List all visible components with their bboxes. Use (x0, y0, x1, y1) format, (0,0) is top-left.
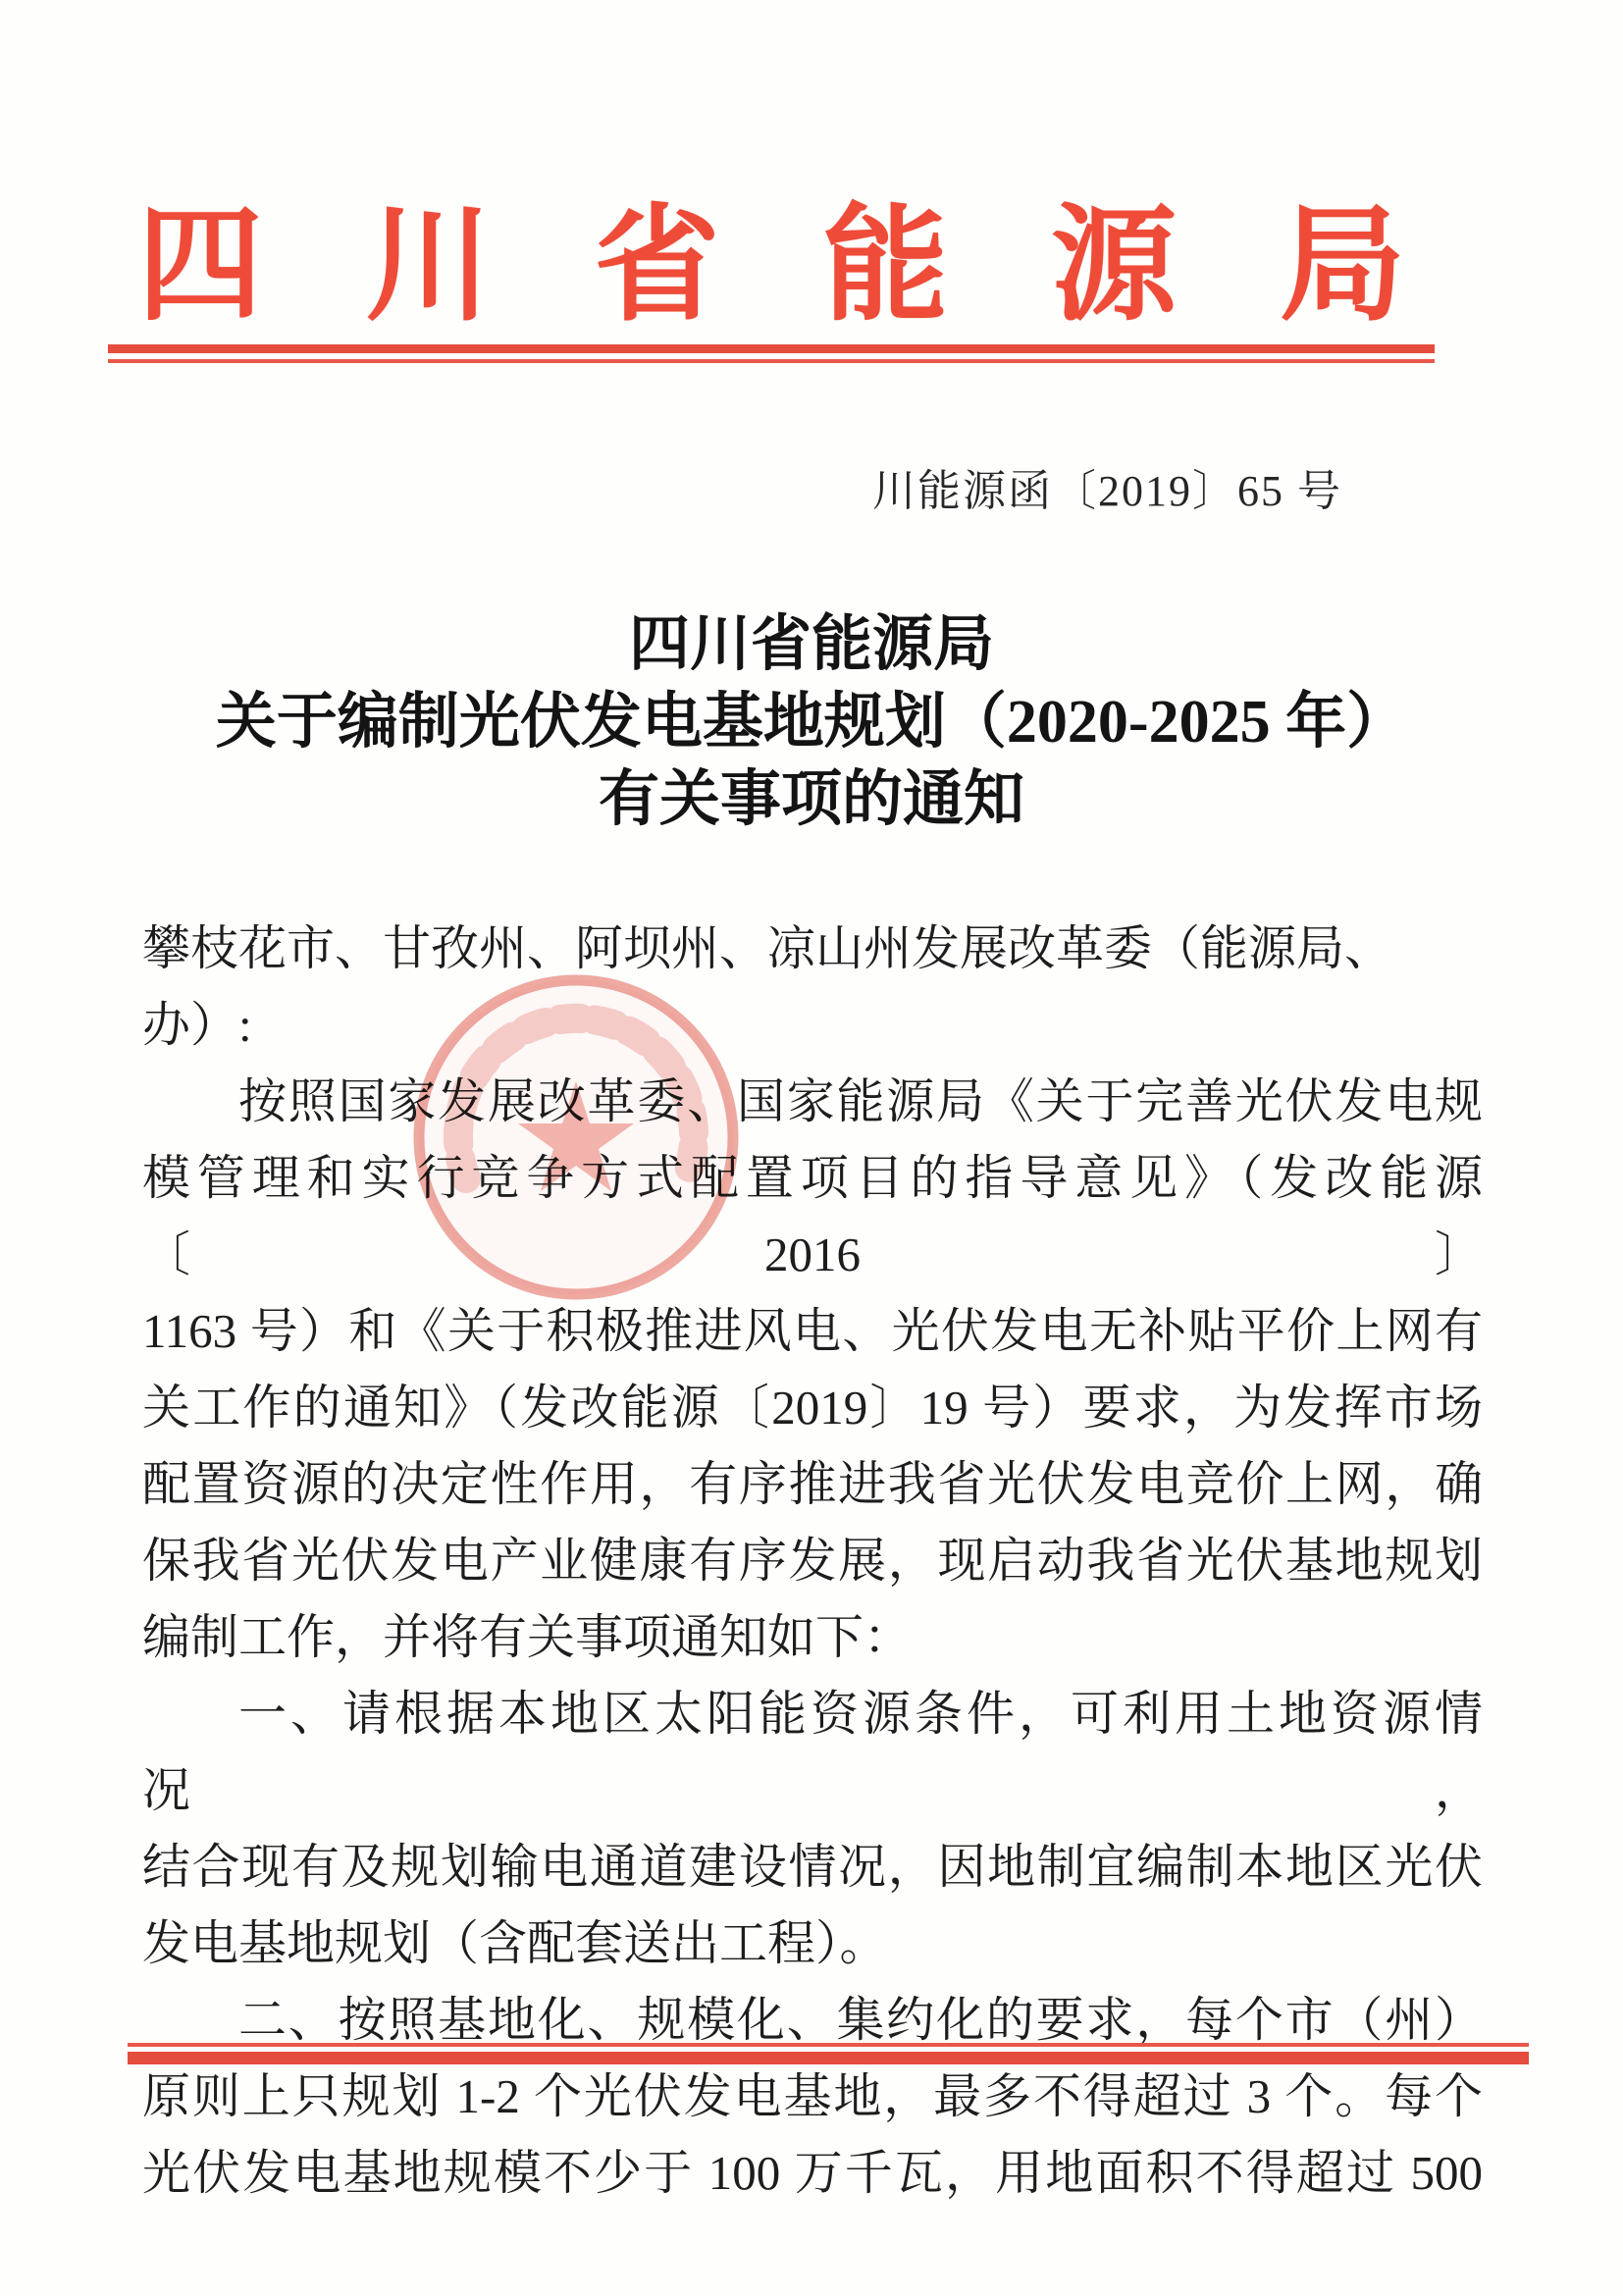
salutation-line: 攀枝花市、甘孜州、阿坝州、凉山州发展改革委（能源局、办）: (142, 911, 1483, 1064)
body-line: 按照国家发展改革委、国家能源局《关于完善光伏发电规 (142, 1064, 1483, 1140)
masthead-char: 局 (1280, 200, 1405, 332)
document-title: 四川省能源局 关于编制光伏发电基地规划（2020-2025 年） 有关事项的通知 (0, 606, 1623, 839)
agency-masthead: 四 川 省 能 源 局 (137, 200, 1405, 332)
masthead-char: 四 (137, 200, 263, 332)
document-body: 攀枝花市、甘孜州、阿坝州、凉山州发展改革委（能源局、办）: 按照国家发展改革委、… (142, 911, 1483, 2212)
masthead-rule-thin (108, 359, 1435, 363)
masthead-rule-thick (108, 344, 1435, 353)
body-line: 关工作的通知》（发改能源〔2019〕19 号）要求，为发挥市场 (142, 1370, 1483, 1446)
body-line: 原则上只规划 1-2 个光伏发电基地，最多不得超过 3 个。每个 (142, 2059, 1483, 2135)
body-line: 1163 号）和《关于积极推进风电、光伏发电无补贴平价上网有 (142, 1293, 1483, 1370)
body-line: 保我省光伏发电产业健康有序发展，现启动我省光伏基地规划 (142, 1523, 1483, 1599)
masthead-char: 川 (366, 200, 492, 332)
body-line: 二、按照基地化、规模化、集约化的要求，每个市（州） (142, 1982, 1483, 2059)
masthead-char: 省 (595, 200, 720, 332)
masthead-char: 能 (822, 200, 948, 332)
document-page: 四 川 省 能 源 局 川能源函〔2019〕65 号 四川省能源局 关于编制光伏… (0, 0, 1623, 2296)
masthead-char: 源 (1051, 200, 1177, 332)
title-line-2: 关于编制光伏发电基地规划（2020-2025 年） (0, 684, 1623, 761)
body-line: 模管理和实行竞争方式配置项目的指导意见》（发改能源〔2016〕 (142, 1140, 1483, 1293)
body-line: 一、请根据本地区太阳能资源条件，可利用土地资源情况， (142, 1676, 1483, 1829)
body-line: 编制工作，并将有关事项通知如下： (142, 1599, 1483, 1676)
document-number: 川能源函〔2019〕65 号 (0, 466, 1342, 517)
title-line-3: 有关事项的通知 (0, 761, 1623, 839)
body-line: 光伏发电基地规模不少于 100 万千瓦，用地面积不得超过 500 (142, 2135, 1483, 2212)
footer-rule-thick (128, 2052, 1529, 2064)
footer-rule-thin (128, 2043, 1529, 2047)
body-line: 结合现有及规划输电通道建设情况，因地制宜编制本地区光伏 (142, 1829, 1483, 1905)
body-line: 配置资源的决定性作用，有序推进我省光伏发电竞价上网，确 (142, 1446, 1483, 1523)
title-line-1: 四川省能源局 (0, 606, 1623, 684)
body-line: 发电基地规划（含配套送出工程）。 (142, 1905, 1483, 1982)
